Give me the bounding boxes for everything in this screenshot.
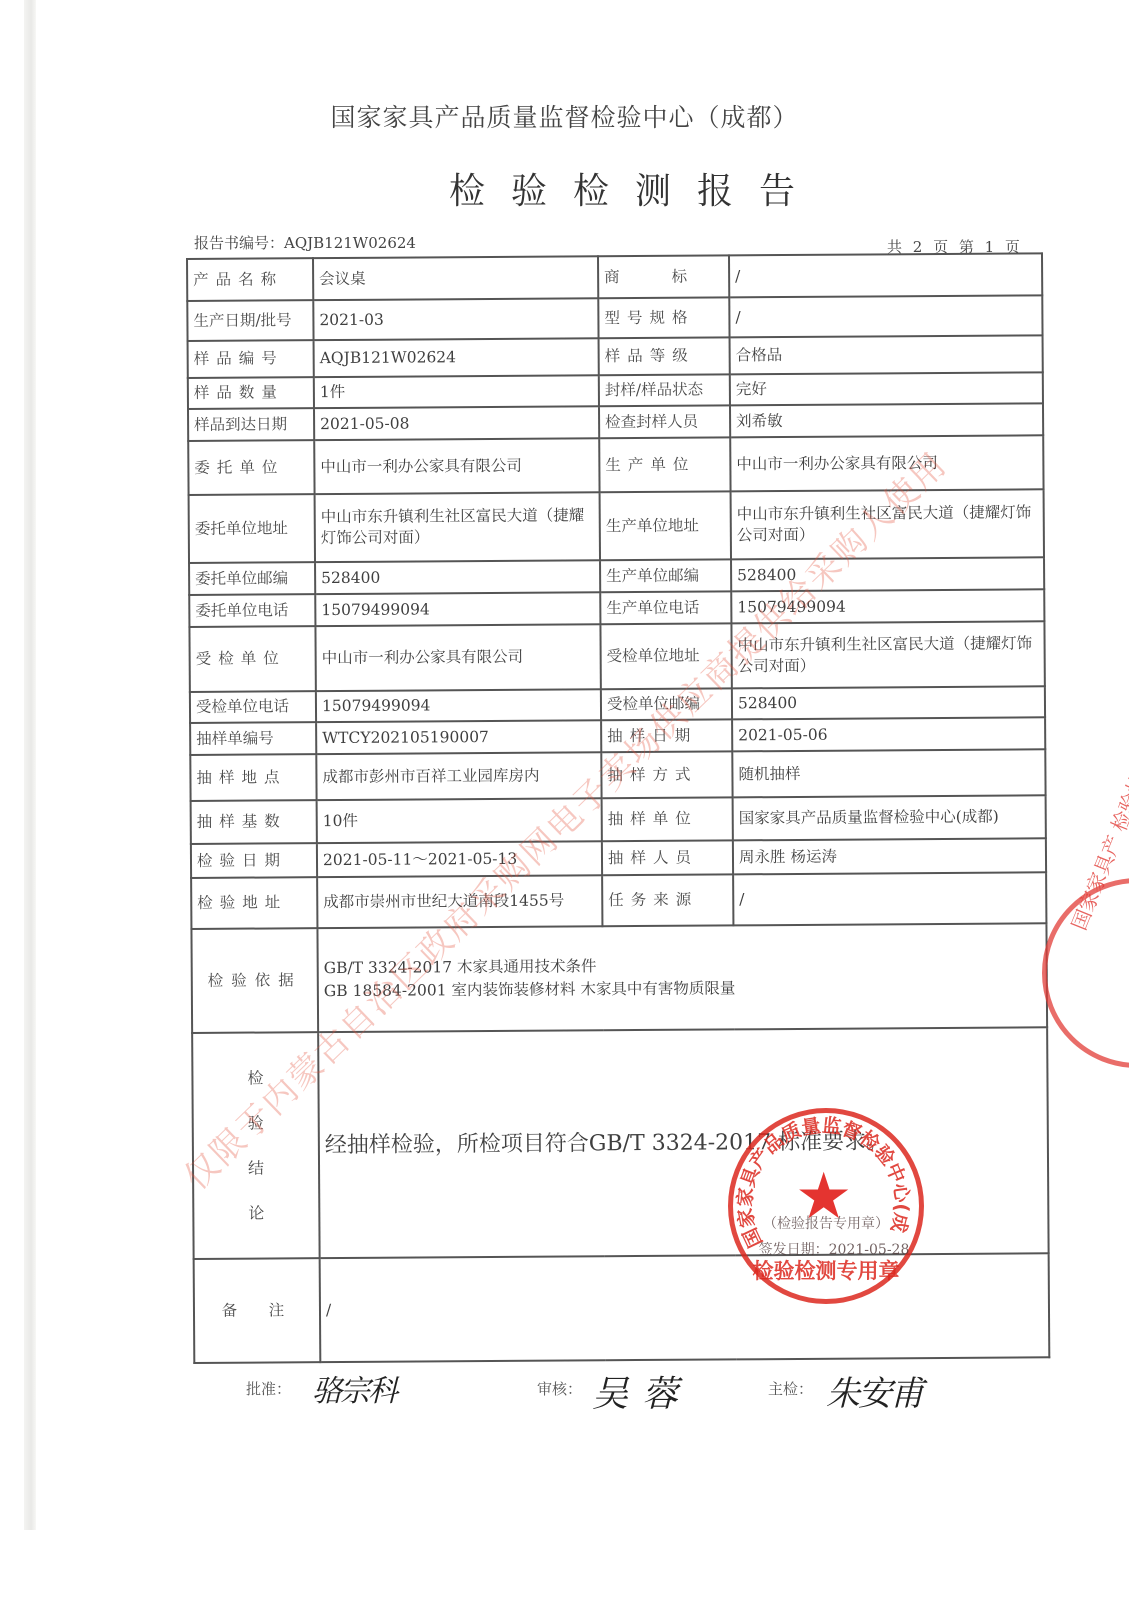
sampling-date-value: 2021-05-06	[732, 717, 1045, 751]
trademark-value: /	[729, 253, 1042, 297]
inspection-address-label: 检验地址	[191, 877, 317, 929]
organization-title: 国家家具产品质量监督检验中心（成都）	[0, 98, 1129, 134]
table-row: 检验日期 2021-05-11～2021-05-13 抽样人员 周永胜 杨运涛	[191, 838, 1046, 878]
remarks-value: /	[320, 1253, 1050, 1362]
seal-inspector-label: 检查封样人员	[599, 405, 730, 438]
approver-signature: 骆宗科	[312, 1366, 396, 1410]
inspection-address-value: 成都市崇州市世纪大道南段1455号	[317, 875, 602, 928]
page-edge	[24, 0, 36, 1530]
seal-status-label: 封样/样品状态	[599, 374, 730, 406]
trademark-label: 商 标	[598, 255, 729, 298]
client-postcode-value: 528400	[315, 560, 600, 594]
sampling-base-value: 10件	[317, 798, 602, 843]
table-row: 产品名称 会议桌 商 标 /	[187, 253, 1042, 301]
production-date-value: 2021-03	[313, 298, 598, 340]
table-row: 委托单位地址 中山市东升镇利生社区富民大道（捷耀灯饰公司对面） 生产单位地址 中…	[189, 489, 1044, 563]
table-row: 委托单位 中山市一利办公家具有限公司 生产单位 中山市一利办公家具有限公司	[188, 435, 1043, 495]
sampling-method-label: 抽样方式	[601, 751, 732, 798]
table-row: 检 验 结 论 经抽样检验，所检项目符合GB/T 3324-2017 标准要求。	[192, 1027, 1048, 1259]
sampling-location-value: 成都市彭州市百祥工业园库房内	[316, 752, 601, 800]
sampling-unit-value: 国家家具产品质量监督检验中心(成都)	[733, 795, 1046, 840]
producer-address-value: 中山市东升镇利生社区富民大道（捷耀灯饰公司对面）	[731, 489, 1044, 559]
sampling-location-label: 抽样地点	[190, 754, 316, 801]
inspector-label: 主检：	[768, 1378, 813, 1399]
sample-quantity-label: 样品数量	[188, 377, 314, 409]
client-address-label: 委托单位地址	[189, 494, 315, 563]
inspected-address-value: 中山市东升镇利生社区富民大道（捷耀灯饰公司对面）	[731, 621, 1044, 688]
table-row: 受检单位 中山市一利办公家具有限公司 受检单位地址 中山市东升镇利生社区富民大道…	[189, 621, 1044, 692]
table-row: 样品编号 AQJB121W02624 样品等级 合格品	[188, 335, 1043, 378]
signature-row: 批准： 骆宗科 审核： 吴蓉 主检： 朱安甫	[0, 1370, 1129, 1430]
arrival-date-label: 样品到达日期	[188, 408, 314, 441]
inspected-phone-value: 15079499094	[316, 689, 601, 722]
inspection-date-label: 检验日期	[191, 843, 317, 878]
report-number-label: 报告书编号：	[194, 234, 284, 252]
client-unit-label: 委托单位	[188, 440, 314, 495]
remarks-label: 备 注	[194, 1258, 321, 1363]
table-row: 生产日期/批号 2021-03 型号规格 /	[187, 295, 1042, 341]
basis-line: GB 18584-2001 室内装饰装修材料 木家具中有害物质限量	[324, 975, 1041, 1003]
producer-address-label: 生产单位地址	[600, 491, 731, 560]
task-source-value: /	[733, 872, 1046, 925]
conclusion-text: 经抽样检验，所检项目符合GB/T 3324-2017 标准要求。	[318, 1027, 1048, 1258]
conclusion-label-char: 验	[199, 1100, 313, 1146]
table-row: 检验依据 GB/T 3324-2017 木家具通用技术条件 GB 18584-2…	[191, 923, 1047, 1033]
arrival-date-value: 2021-05-08	[314, 406, 599, 440]
sample-grade-label: 样品等级	[599, 337, 730, 375]
reviewer-signature: 吴蓉	[592, 1366, 692, 1417]
inspected-unit-value: 中山市一利办公家具有限公司	[315, 624, 600, 691]
basis-label: 检验依据	[191, 928, 318, 1033]
inspection-date-value: 2021-05-11～2021-05-13	[317, 841, 602, 877]
basis-value: GB/T 3324-2017 木家具通用技术条件 GB 18584-2001 室…	[317, 923, 1047, 1032]
conclusion-label-char: 论	[199, 1190, 313, 1236]
inspected-unit-label: 受检单位	[189, 626, 315, 692]
partial-seal-text: 国家家具产 检验检	[1063, 769, 1129, 934]
report-number-value: AQJB121W02624	[284, 234, 416, 252]
production-date-label: 生产日期/批号	[187, 300, 313, 341]
client-postcode-label: 委托单位邮编	[189, 562, 315, 595]
sampling-form-no-value: WTCY202105190007	[316, 720, 601, 754]
product-name-value: 会议桌	[313, 256, 598, 300]
report-title: 检验检测报告	[0, 163, 1129, 214]
client-phone-value: 15079499094	[315, 592, 600, 626]
sampling-form-no-label: 抽样单编号	[190, 722, 316, 755]
producer-postcode-label: 生产单位邮编	[600, 559, 731, 592]
sample-number-label: 样品编号	[188, 340, 314, 378]
table-row: 检验地址 成都市崇州市世纪大道南段1455号 任务来源 /	[191, 872, 1046, 929]
client-unit-value: 中山市一利办公家具有限公司	[314, 438, 599, 494]
samplers-value: 周永胜 杨运涛	[733, 838, 1046, 874]
inspected-phone-label: 受检单位电话	[190, 691, 316, 723]
conclusion-label-char: 检	[198, 1055, 312, 1101]
partial-seal: 国家家具产 检验检	[1042, 878, 1129, 1068]
producer-postcode-value: 528400	[731, 557, 1044, 591]
sample-number-value: AQJB121W02624	[314, 338, 599, 377]
client-address-value: 中山市东升镇利生社区富民大道（捷耀灯饰公司对面）	[315, 492, 600, 562]
sampling-base-label: 抽样基数	[191, 800, 317, 844]
producer-unit-value: 中山市一利办公家具有限公司	[730, 435, 1043, 491]
model-spec-label: 型号规格	[598, 297, 729, 338]
report-sheet: 产品名称 会议桌 商 标 / 生产日期/批号 2021-03 型号规格 / 样品…	[186, 252, 1048, 1364]
task-source-label: 任务来源	[602, 874, 733, 926]
report-number: 报告书编号：AQJB121W02624	[194, 232, 416, 253]
sample-grade-value: 合格品	[730, 335, 1043, 374]
table-row: 备 注 /	[194, 1253, 1050, 1363]
conclusion-label-char: 结	[199, 1145, 313, 1191]
producer-phone-value: 15079499094	[731, 589, 1044, 623]
sampling-method-value: 随机抽样	[732, 749, 1045, 797]
producer-unit-label: 生产单位	[599, 437, 730, 492]
inspected-address-label: 受检单位地址	[600, 623, 731, 689]
table-row: 抽样基数 10件 抽样单位 国家家具产品质量监督检验中心(成都)	[191, 795, 1046, 844]
conclusion-label: 检 验 结 论	[192, 1032, 319, 1259]
reviewer-label: 审核：	[537, 1378, 582, 1399]
approver-label: 批准：	[246, 1378, 291, 1399]
inspected-postcode-label: 受检单位邮编	[601, 688, 732, 720]
inspector-signature: 朱安甫	[826, 1366, 922, 1415]
samplers-label: 抽样人员	[602, 840, 733, 875]
sampling-date-label: 抽样日期	[601, 719, 732, 752]
model-spec-value: /	[729, 295, 1042, 337]
seal-inspector-value: 刘希敏	[730, 403, 1043, 437]
seal-status-value: 完好	[730, 372, 1043, 405]
inspected-postcode-value: 528400	[732, 686, 1045, 719]
product-name-label: 产品名称	[187, 258, 313, 301]
producer-phone-label: 生产单位电话	[600, 591, 731, 624]
table-row: 抽样地点 成都市彭州市百祥工业园库房内 抽样方式 随机抽样	[190, 749, 1045, 801]
client-phone-label: 委托单位电话	[189, 594, 315, 627]
sampling-unit-label: 抽样单位	[602, 797, 733, 841]
report-table: 产品名称 会议桌 商 标 / 生产日期/批号 2021-03 型号规格 / 样品…	[186, 252, 1050, 1364]
sample-quantity-value: 1件	[314, 375, 599, 408]
